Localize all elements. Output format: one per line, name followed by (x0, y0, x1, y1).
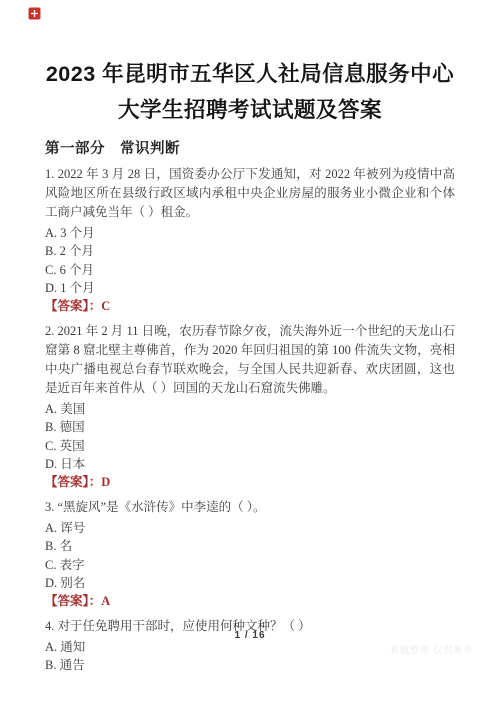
option-item: D. 1 个月 (45, 279, 455, 297)
answer-line: 【答案】：D (45, 473, 455, 491)
option-item: B. 通告 (45, 656, 455, 674)
option-item: B. 2 个月 (45, 242, 455, 260)
question-block-1: 1. 2022 年 3 月 28 日，国资委办公厅下发通知，对 2022 年被列… (45, 165, 455, 315)
watermark: 真题整理 仅供参考 (390, 643, 473, 656)
page-title-line-1: 2023 年昆明市五华区人社局信息服务中心 (45, 56, 455, 92)
page-title-line-2: 大学生招聘考试试题及答案 (45, 92, 455, 128)
page-number: 1 / 16 (0, 630, 500, 641)
option-item: C. 表字 (45, 556, 455, 574)
section-heading: 第一部分 常识判断 (45, 140, 455, 158)
document-page: 2023 年昆明市五华区人社局信息服务中心 大学生招聘考试试题及答案 第一部分 … (0, 0, 500, 707)
red-logo-icon (28, 7, 41, 20)
option-item: D. 日本 (45, 455, 455, 473)
answer-line: 【答案】：C (45, 297, 455, 315)
document-content: 2023 年昆明市五华区人社局信息服务中心 大学生招聘考试试题及答案 第一部分 … (0, 56, 500, 675)
option-item: D. 别名 (45, 574, 455, 592)
option-item: C. 6 个月 (45, 261, 455, 279)
option-item: C. 英国 (45, 437, 455, 455)
option-item: B. 德国 (45, 418, 455, 436)
answer-line: 【答案】：A (45, 592, 455, 610)
question-stem: 1. 2022 年 3 月 28 日，国资委办公厅下发通知，对 2022 年被列… (45, 165, 455, 222)
question-block-3: 3. “黑旋风”是《水浒传》中李逵的（ ）。 A. 诨号 B. 名 C. 表字 … (45, 498, 455, 610)
question-block-2: 2. 2021 年 2 月 11 日晚，农历春节除夕夜，流失海外近一个世纪的天龙… (45, 322, 455, 491)
question-stem: 2. 2021 年 2 月 11 日晚，农历春节除夕夜，流失海外近一个世纪的天龙… (45, 322, 455, 398)
option-item: A. 3 个月 (45, 224, 455, 242)
option-item: A. 诨号 (45, 519, 455, 537)
option-item: A. 美国 (45, 400, 455, 418)
question-stem: 3. “黑旋风”是《水浒传》中李逵的（ ）。 (45, 498, 455, 517)
option-item: B. 名 (45, 537, 455, 555)
